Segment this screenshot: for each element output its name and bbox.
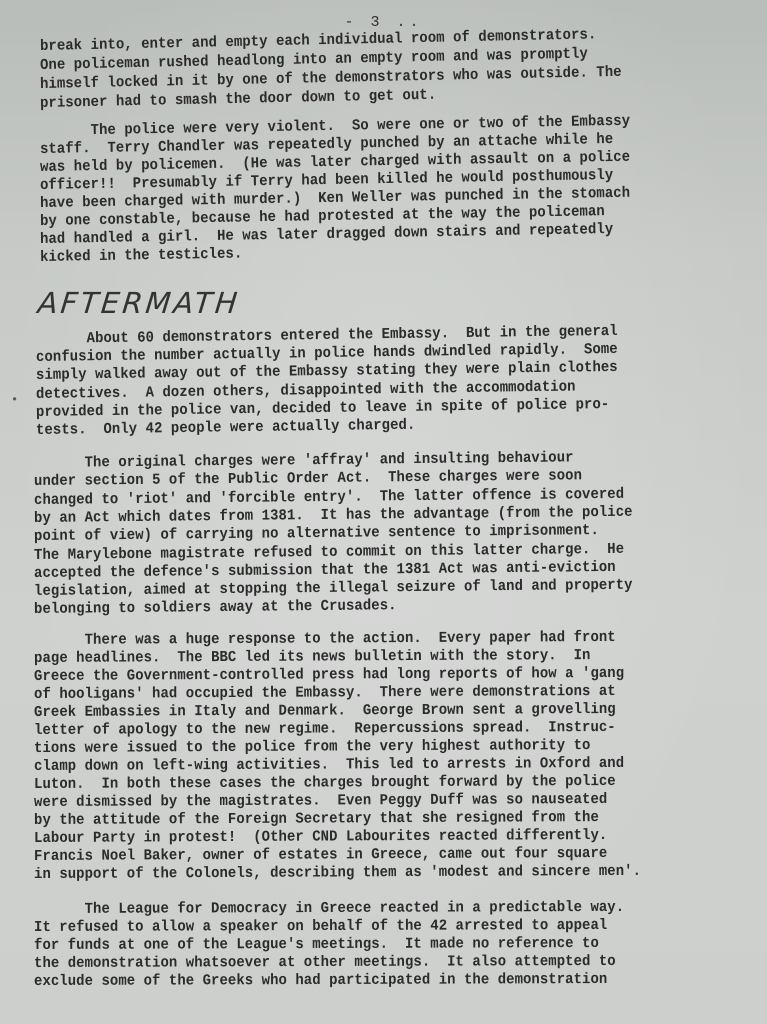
typewritten-page: - 3 .. AFTERMATH • break into, enter and… [0, 0, 767, 1024]
text-line: It refused to allow a speaker on behalf … [34, 916, 607, 936]
text-line: The League for Democracy in Greece react… [34, 898, 624, 918]
text-line: belonging to soldiers away at the Crusad… [34, 597, 397, 619]
text-line: exclude some of the Greeks who had parti… [34, 970, 607, 990]
page-number: - 3 .. [0, 14, 767, 31]
margin-mark: • [11, 393, 18, 407]
text-line: kicked in the testicles. [40, 244, 243, 266]
text-line: in support of the Colonels, describing t… [34, 862, 641, 883]
text-line: the demonstration whatsoever at other me… [34, 952, 616, 972]
section-heading: AFTERMATH [36, 286, 242, 320]
text-line: for funds at one of the League's meeting… [34, 934, 599, 954]
